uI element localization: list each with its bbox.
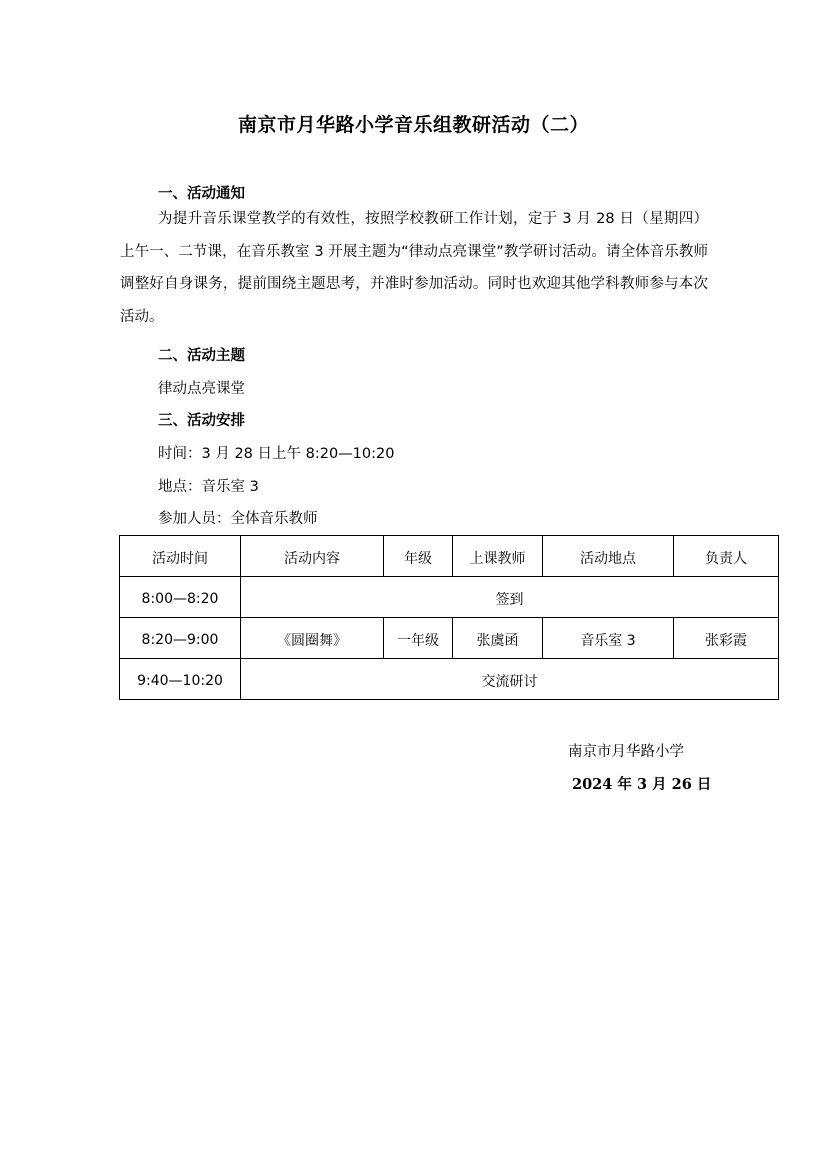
time-cell: 9:40—10:20 bbox=[120, 659, 241, 700]
grade-cell: 一年级 bbox=[384, 618, 453, 659]
signature-date: 2024 年 3 月 26 日 bbox=[572, 773, 711, 794]
time-cell: 8:20—9:00 bbox=[120, 618, 241, 659]
section-heading-schedule: 三、活动安排 bbox=[158, 409, 245, 430]
time-cell: 8:00—8:20 bbox=[120, 577, 241, 618]
header-cell: 负责人 bbox=[674, 536, 779, 577]
header-cell: 活动时间 bbox=[120, 536, 241, 577]
place-cell: 音乐室 3 bbox=[543, 618, 674, 659]
merged-cell: 交流研讨 bbox=[241, 659, 779, 700]
merged-cell: 签到 bbox=[241, 577, 779, 618]
header-cell: 年级 bbox=[384, 536, 453, 577]
schedule-table: 活动时间 活动内容 年级 上课教师 活动地点 负责人 8:00—8:20 签到 … bbox=[119, 535, 779, 700]
schedule-time: 时间：3 月 28 日上午 8:20—10:20 bbox=[158, 442, 394, 463]
teacher-cell: 张虞函 bbox=[453, 618, 543, 659]
notice-paragraph: 为提升音乐课堂教学的有效性，按照学校教研工作计划，定于 3 月 28 日（星期四… bbox=[120, 203, 708, 333]
header-cell: 上课教师 bbox=[453, 536, 543, 577]
table-header-row: 活动时间 活动内容 年级 上课教师 活动地点 负责人 bbox=[120, 536, 779, 577]
section-heading-theme: 二、活动主题 bbox=[158, 344, 245, 365]
signature-org: 南京市月华路小学 bbox=[568, 740, 684, 761]
document-title: 南京市月华路小学音乐组教研活动（二） bbox=[0, 110, 827, 137]
table-row: 8:20—9:00 《圆圈舞》 一年级 张虞函 音乐室 3 张彩霞 bbox=[120, 618, 779, 659]
theme-text: 律动点亮课堂 bbox=[158, 377, 245, 398]
section-heading-notice: 一、活动通知 bbox=[158, 182, 245, 203]
header-cell: 活动地点 bbox=[543, 536, 674, 577]
schedule-participants: 参加人员：全体音乐教师 bbox=[158, 507, 318, 528]
content-cell: 《圆圈舞》 bbox=[241, 618, 384, 659]
owner-cell: 张彩霞 bbox=[674, 618, 779, 659]
header-cell: 活动内容 bbox=[241, 536, 384, 577]
table-row: 8:00—8:20 签到 bbox=[120, 577, 779, 618]
table-row: 9:40—10:20 交流研讨 bbox=[120, 659, 779, 700]
schedule-place: 地点：音乐室 3 bbox=[158, 475, 259, 496]
